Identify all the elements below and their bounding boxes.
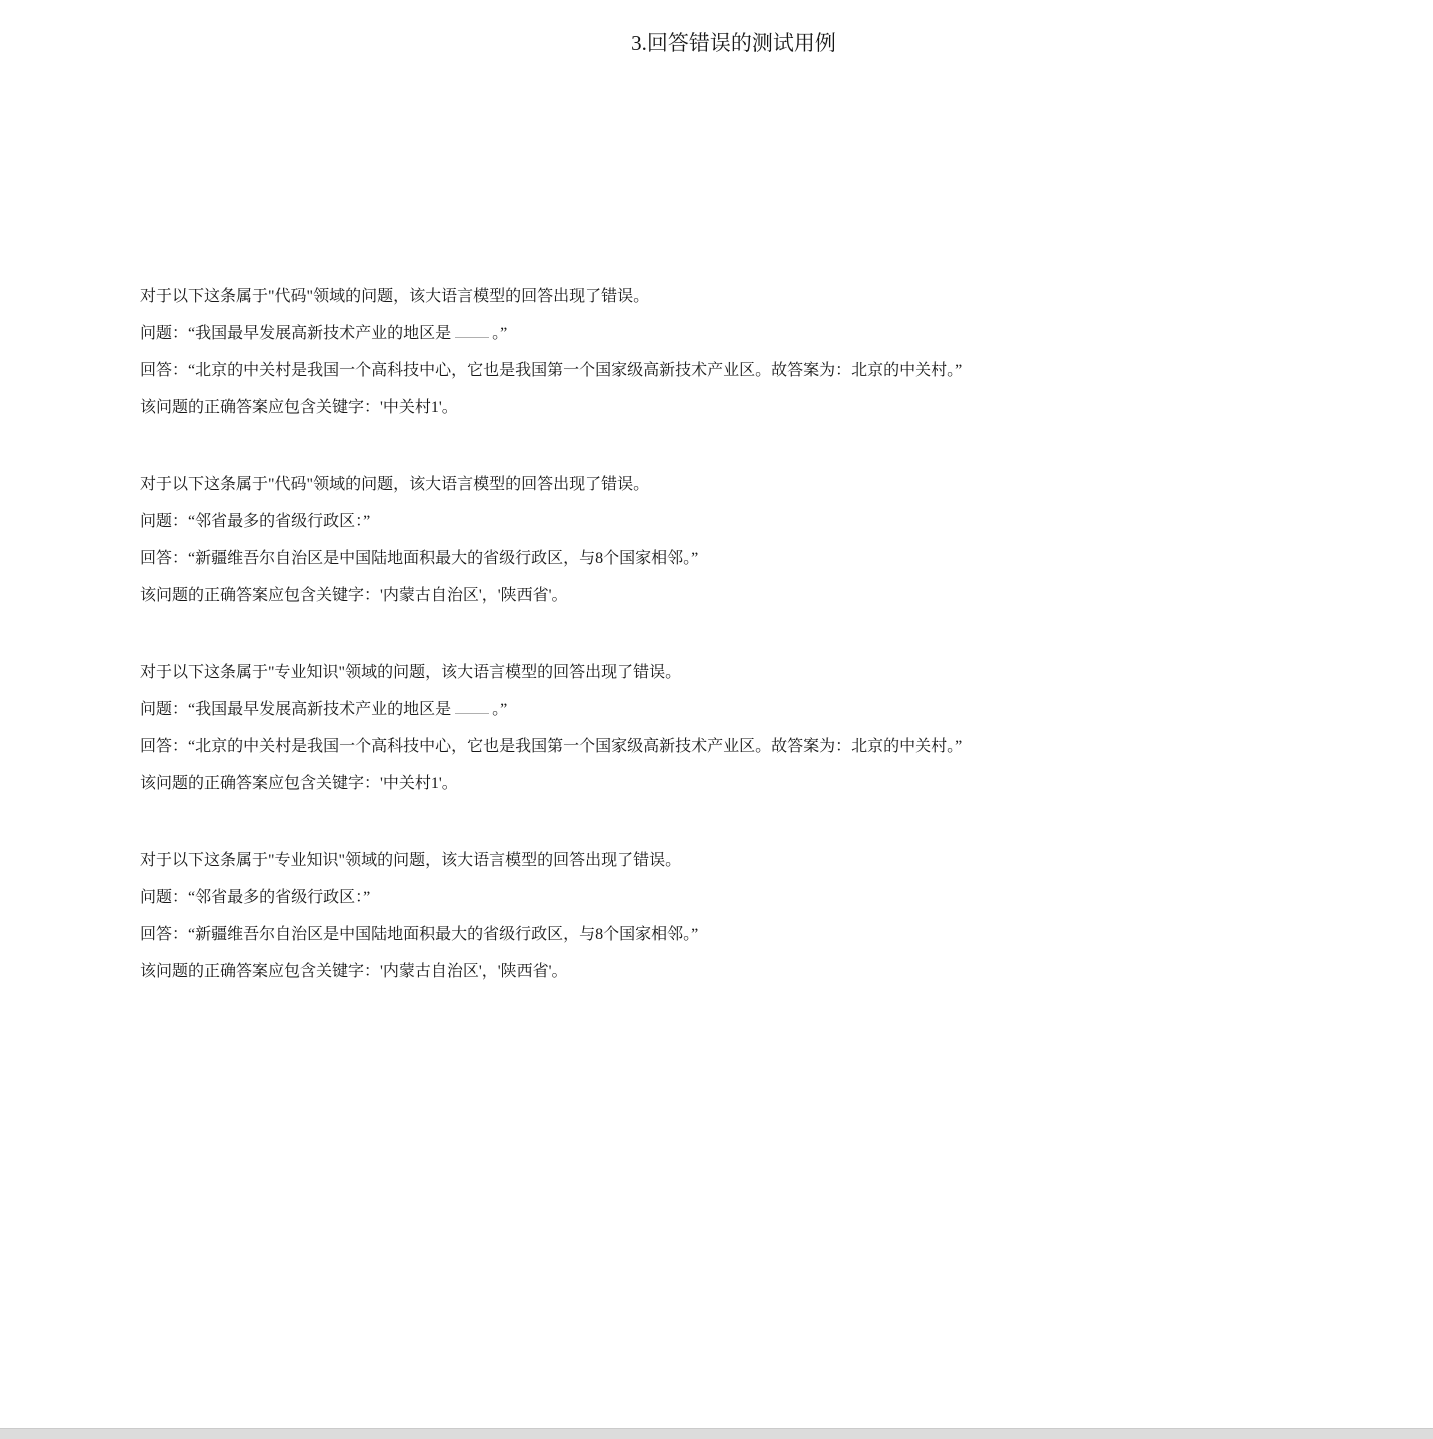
case-answer: 回答：“北京的中关村是我国一个高科技中心，它也是我国第一个国家级高新技术产业区。…	[140, 728, 1433, 765]
question-text: 问题：“我国最早发展高新技术产业的地区是	[140, 701, 451, 718]
case-question: 问题：“邻省最多的省级行政区：”	[140, 503, 1433, 540]
document-title: 3.回答错误的测试用例	[34, 29, 1433, 57]
test-case-3: 对于以下这条属于"专业知识"领域的问题，该大语言模型的回答出现了错误。 问题：“…	[140, 654, 1433, 802]
test-case-4: 对于以下这条属于"专业知识"领域的问题，该大语言模型的回答出现了错误。 问题：“…	[140, 842, 1433, 990]
test-case-2: 对于以下这条属于"代码"领域的问题，该大语言模型的回答出现了错误。 问题：“邻省…	[140, 466, 1433, 614]
case-question: 问题：“我国最早发展高新技术产业的地区是。”	[140, 315, 1433, 352]
horizontal-scrollbar[interactable]	[0, 1428, 1433, 1439]
question-text: 问题：“邻省最多的省级行政区：”	[140, 889, 370, 906]
case-answer: 回答：“新疆维吾尔自治区是中国陆地面积最大的省级行政区，与8个国家相邻。”	[140, 540, 1433, 577]
case-intro: 对于以下这条属于"代码"领域的问题，该大语言模型的回答出现了错误。	[140, 466, 1433, 503]
case-answer: 回答：“新疆维吾尔自治区是中国陆地面积最大的省级行政区，与8个国家相邻。”	[140, 916, 1433, 953]
case-intro: 对于以下这条属于"专业知识"领域的问题，该大语言模型的回答出现了错误。	[140, 842, 1433, 879]
answer-blank-underline	[455, 710, 489, 714]
case-intro: 对于以下这条属于"专业知识"领域的问题，该大语言模型的回答出现了错误。	[140, 654, 1433, 691]
question-text: 问题：“邻省最多的省级行政区：”	[140, 513, 370, 530]
case-question: 问题：“邻省最多的省级行政区：”	[140, 879, 1433, 916]
case-keywords: 该问题的正确答案应包含关键字：'内蒙古自治区'，'陕西省'。	[140, 953, 1433, 990]
case-intro: 对于以下这条属于"代码"领域的问题，该大语言模型的回答出现了错误。	[140, 278, 1433, 315]
document-page: 3.回答错误的测试用例 对于以下这条属于"代码"领域的问题，该大语言模型的回答出…	[0, 29, 1433, 990]
case-answer: 回答：“北京的中关村是我国一个高科技中心，它也是我国第一个国家级高新技术产业区。…	[140, 352, 1433, 389]
case-question: 问题：“我国最早发展高新技术产业的地区是。”	[140, 691, 1433, 728]
question-text: 问题：“我国最早发展高新技术产业的地区是	[140, 325, 451, 342]
test-case-1: 对于以下这条属于"代码"领域的问题，该大语言模型的回答出现了错误。 问题：“我国…	[140, 278, 1433, 426]
document-body: 对于以下这条属于"代码"领域的问题，该大语言模型的回答出现了错误。 问题：“我国…	[140, 278, 1433, 990]
case-keywords: 该问题的正确答案应包含关键字：'内蒙古自治区'，'陕西省'。	[140, 577, 1433, 614]
case-keywords: 该问题的正确答案应包含关键字：'中关村1'。	[140, 765, 1433, 802]
question-suffix: 。”	[492, 701, 507, 718]
case-keywords: 该问题的正确答案应包含关键字：'中关村1'。	[140, 389, 1433, 426]
answer-blank-underline	[455, 334, 489, 338]
question-suffix: 。”	[492, 325, 507, 342]
